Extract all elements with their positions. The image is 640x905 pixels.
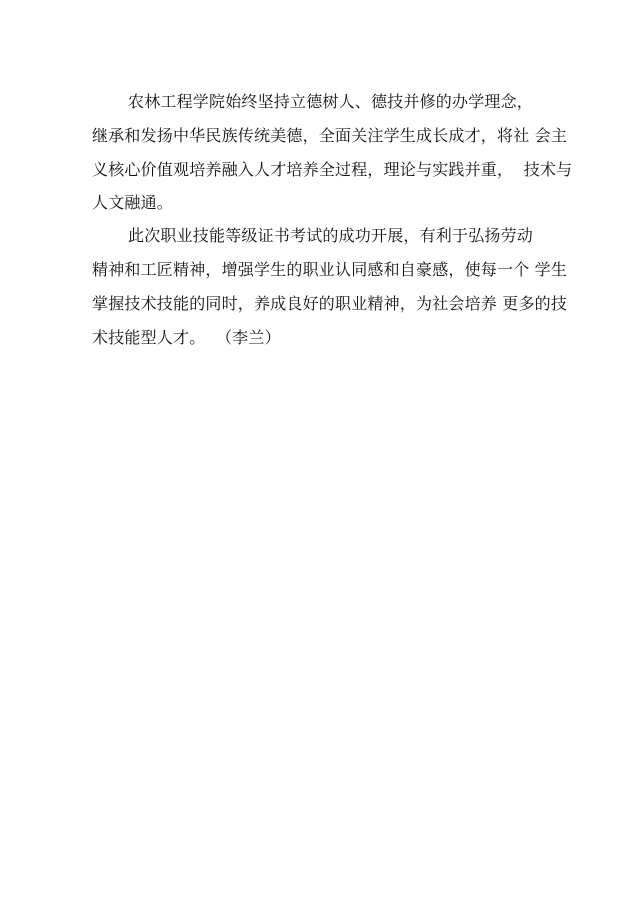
paragraph-2-line-4: 术技能型人才。 （李兰） — [92, 328, 281, 348]
paragraph-2-line-1: 此次职业技能等级证书考试的成功开展，有利于弘扬劳动 — [128, 226, 533, 246]
paragraph-1-line-1: 农林工程学院始终坚持立德树人、德技并修的办学理念， — [128, 92, 533, 112]
paragraph-1-line-3: 义核心价值观培养融入人才培养全过程，理论与实践并重， 技术与 — [92, 160, 572, 180]
document-page: 农林工程学院始终坚持立德树人、德技并修的办学理念， 继承和发扬中华民族传统美德，… — [0, 0, 640, 905]
paragraph-2-line-3: 掌握技术技能的同时，养成良好的职业精神，为社会培养 更多的技 — [92, 294, 567, 314]
paragraph-1-line-4: 人文融通。 — [92, 193, 173, 213]
paragraph-2-line-2: 精神和工匠精神，增强学生的职业认同感和自豪感，使每一个 学生 — [92, 260, 567, 280]
paragraph-1-line-2: 继承和发扬中华民族传统美德，全面关注学生成长成才，将社 会主 — [92, 126, 567, 146]
